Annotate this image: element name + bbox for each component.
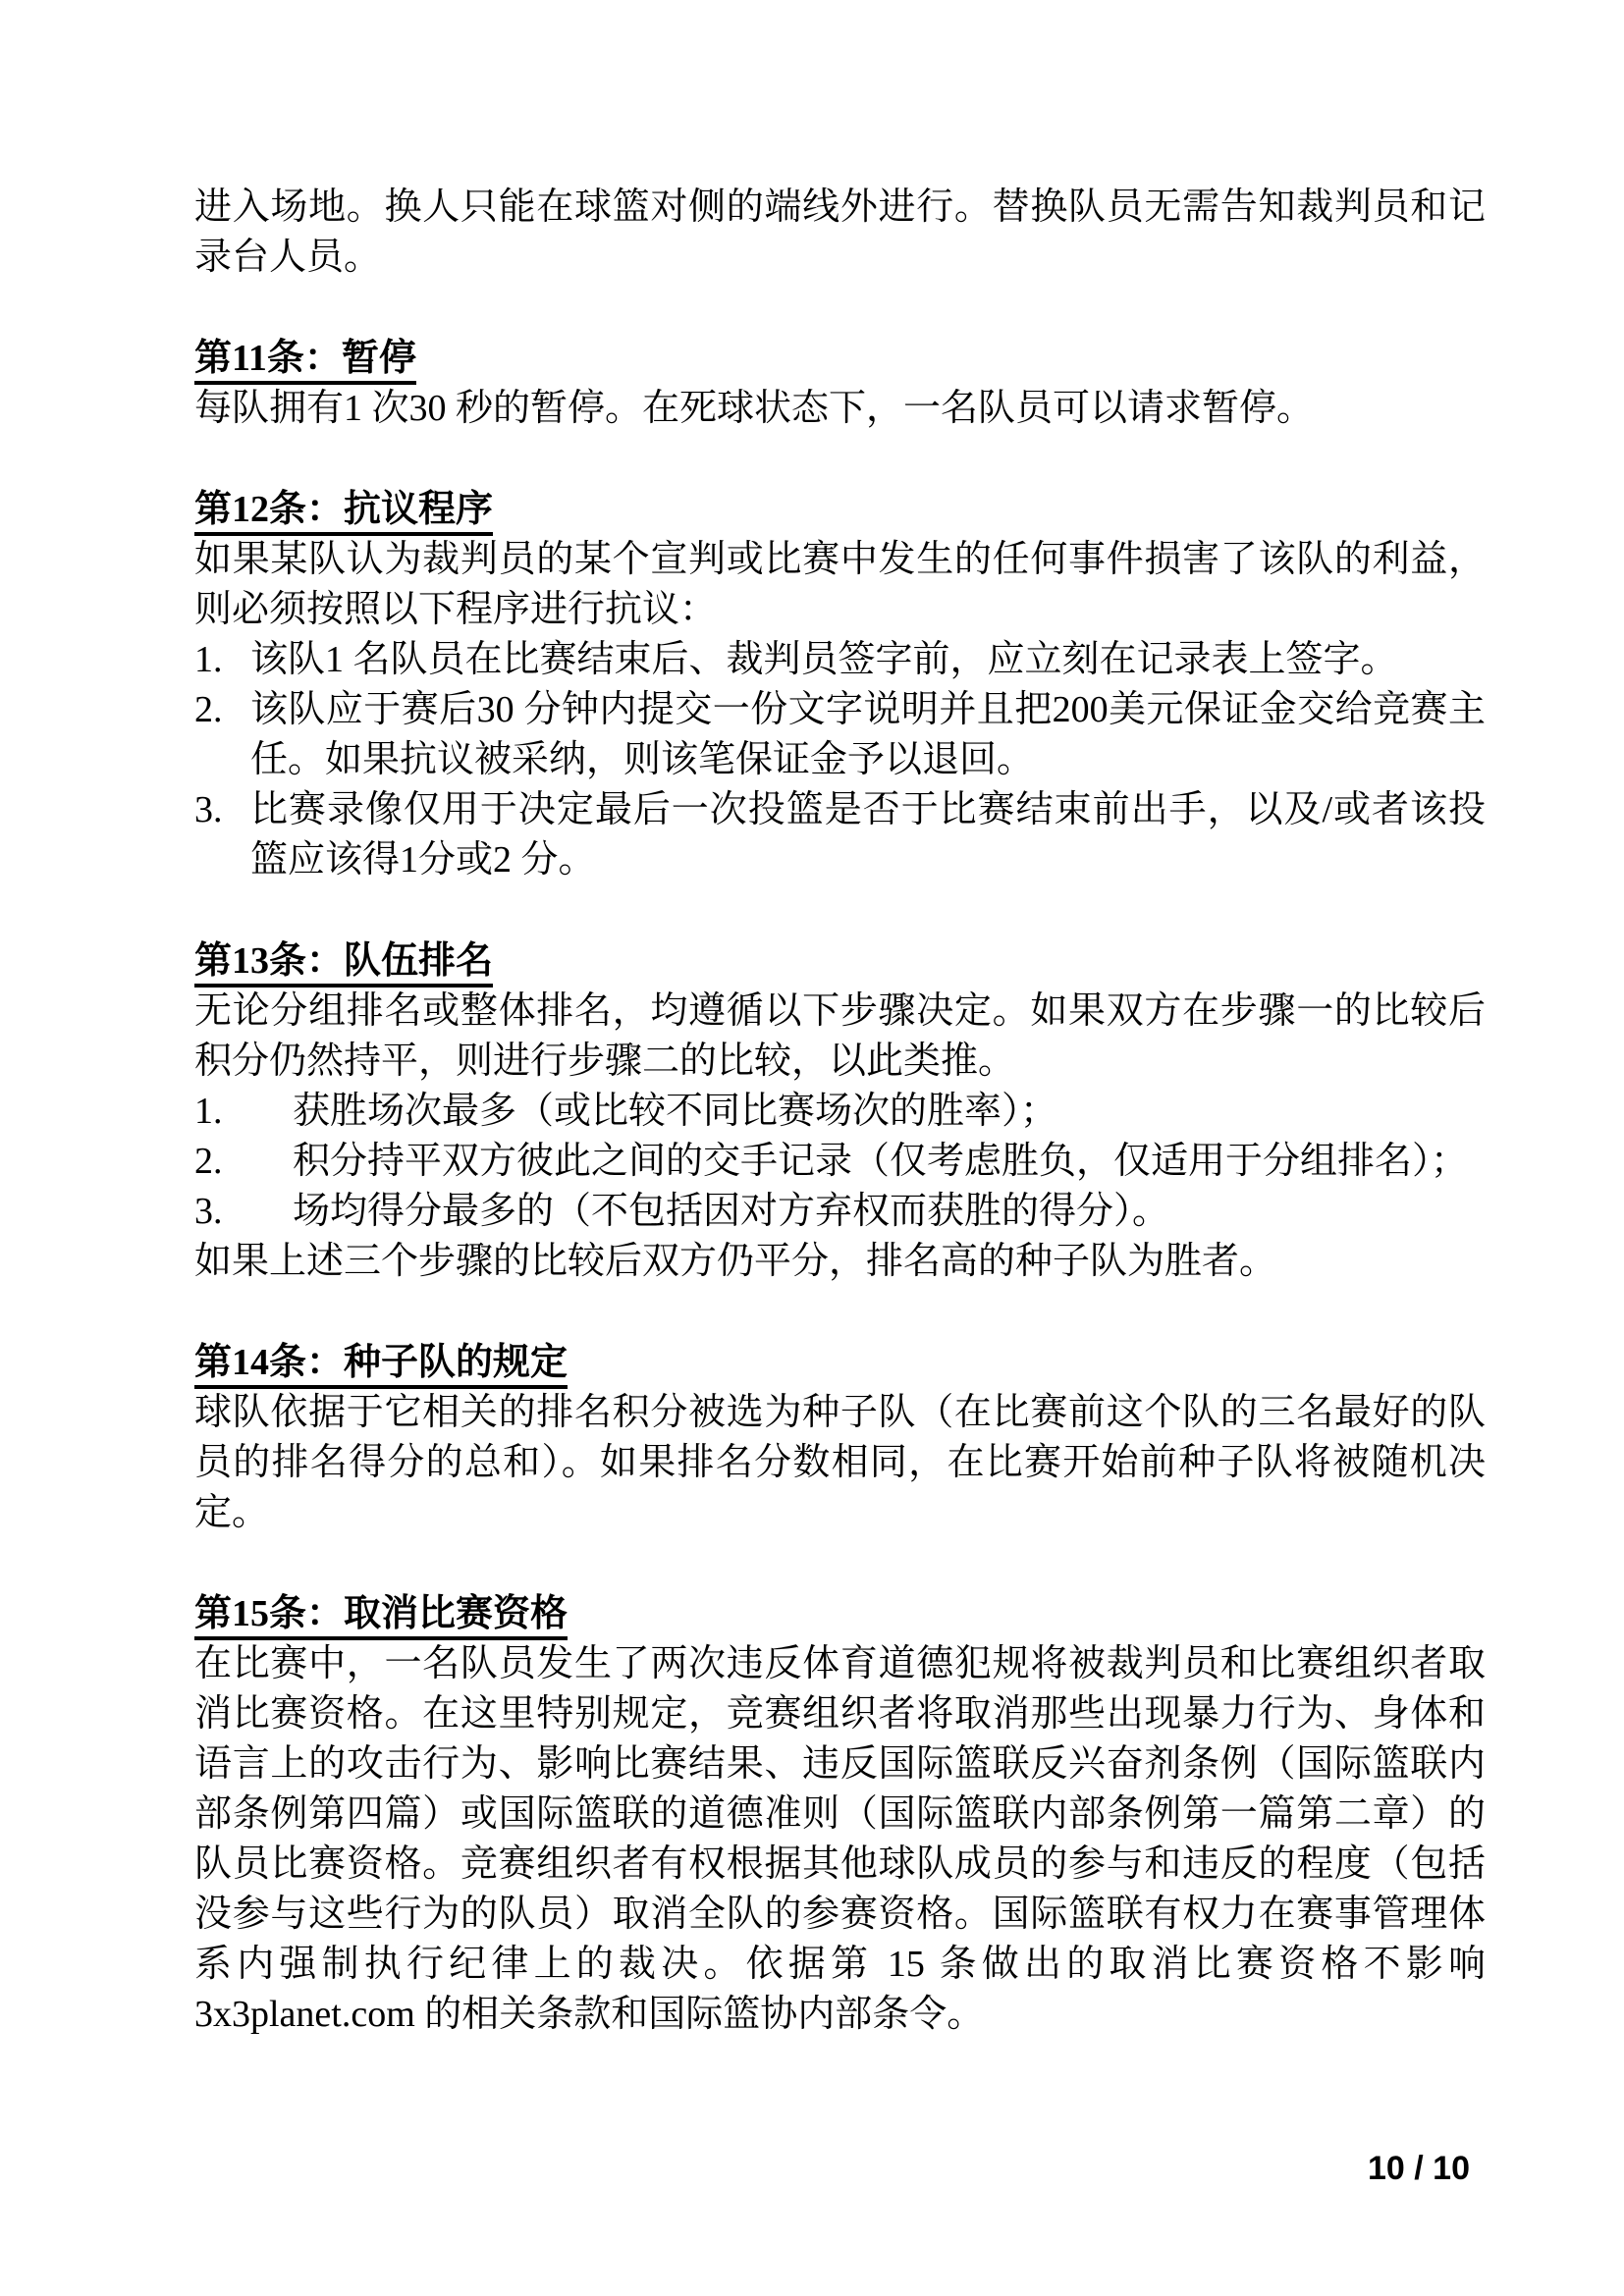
list-item: 1. 该队1 名队员在比赛结束后、裁判员签字前，应立刻在记录表上签字。 bbox=[194, 635, 1486, 685]
document-page: 进入场地。换人只能在球篮对侧的端线外进行。替换队员无需告知裁判员和记录台人员。 … bbox=[0, 0, 1624, 2296]
paragraph: 在比赛中，一名队员发生了两次违反体育道德犯规将被裁判员和比赛组织者取消比赛资格。… bbox=[194, 1639, 1486, 2040]
paragraph: 每队拥有1 次30 秒的暂停。在死球状态下，一名队员可以请求暂停。 bbox=[194, 384, 1486, 434]
section-heading: 第13条：队伍排名 bbox=[194, 936, 1486, 987]
list-item-text: 场均得分最多的（不包括因对方弃权而获胜的得分）。 bbox=[293, 1187, 1486, 1237]
section-heading-text: 第15条：取消比赛资格 bbox=[194, 1593, 568, 1640]
list-item-text: 该队应于赛后30 分钟内提交一份文字说明并且把200美元保证金交给竞赛主任。如果… bbox=[250, 685, 1486, 785]
section-article-14: 第14条：种子队的规定 球队依据于它相关的排名积分被选为种子队（在比赛前这个队的… bbox=[194, 1338, 1486, 1538]
section-heading-text: 第12条：抗议程序 bbox=[194, 489, 493, 536]
list-item: 1. 获胜场次最多（或比较不同比赛场次的胜率）； bbox=[194, 1087, 1486, 1137]
closing-paragraph: 如果上述三个步骤的比较后双方仍平分，排名高的种子队为胜者。 bbox=[194, 1237, 1486, 1287]
list-marker: 1. bbox=[194, 635, 250, 685]
section-heading: 第11条：暂停 bbox=[194, 334, 1486, 384]
list-item: 3. 比赛录像仅用于决定最后一次投篮是否于比赛结束前出手，以及/或者该投篮应该得… bbox=[194, 785, 1486, 885]
paragraph: 无论分组排名或整体排名，均遵循以下步骤决定。如果双方在步骤一的比较后积分仍然持平… bbox=[194, 987, 1486, 1087]
list-item: 2. 积分持平双方彼此之间的交手记录（仅考虑胜负，仅适用于分组排名）； bbox=[194, 1137, 1486, 1187]
section-heading: 第12条：抗议程序 bbox=[194, 485, 1486, 535]
list-item-text: 比赛录像仅用于决定最后一次投篮是否于比赛结束前出手，以及/或者该投篮应该得1分或… bbox=[250, 785, 1486, 885]
list-marker: 3. bbox=[194, 785, 250, 835]
list-item: 3. 场均得分最多的（不包括因对方弃权而获胜的得分）。 bbox=[194, 1187, 1486, 1237]
section-article-15: 第15条：取消比赛资格 在比赛中，一名队员发生了两次违反体育道德犯规将被裁判员和… bbox=[194, 1589, 1486, 2040]
ranking-steps-list: 1. 获胜场次最多（或比较不同比赛场次的胜率）； 2. 积分持平双方彼此之间的交… bbox=[194, 1087, 1486, 1237]
intro-paragraph: 进入场地。换人只能在球篮对侧的端线外进行。替换队员无需告知裁判员和记录台人员。 bbox=[194, 183, 1486, 283]
list-marker: 2. bbox=[194, 685, 250, 735]
protest-steps-list: 1. 该队1 名队员在比赛结束后、裁判员签字前，应立刻在记录表上签字。 2. 该… bbox=[194, 635, 1486, 885]
list-item-text: 获胜场次最多（或比较不同比赛场次的胜率）； bbox=[293, 1087, 1486, 1137]
page-content: 进入场地。换人只能在球篮对侧的端线外进行。替换队员无需告知裁判员和记录台人员。 … bbox=[194, 183, 1486, 2040]
section-heading-text: 第13条：队伍排名 bbox=[194, 940, 493, 988]
list-item-text: 积分持平双方彼此之间的交手记录（仅考虑胜负，仅适用于分组排名）； bbox=[293, 1137, 1486, 1187]
section-article-13: 第13条：队伍排名 无论分组排名或整体排名，均遵循以下步骤决定。如果双方在步骤一… bbox=[194, 936, 1486, 1287]
section-heading-text: 第11条：暂停 bbox=[194, 338, 416, 385]
list-marker: 1. bbox=[194, 1087, 293, 1137]
list-item: 2. 该队应于赛后30 分钟内提交一份文字说明并且把200美元保证金交给竞赛主任… bbox=[194, 685, 1486, 785]
paragraph: 球队依据于它相关的排名积分被选为种子队（在比赛前这个队的三名最好的队员的排名得分… bbox=[194, 1388, 1486, 1538]
list-marker: 2. bbox=[194, 1137, 293, 1187]
list-item-text: 该队1 名队员在比赛结束后、裁判员签字前，应立刻在记录表上签字。 bbox=[250, 635, 1486, 685]
page-number: 10 / 10 bbox=[1368, 2149, 1470, 2188]
section-heading-text: 第14条：种子队的规定 bbox=[194, 1342, 568, 1389]
section-article-12: 第12条：抗议程序 如果某队认为裁判员的某个宣判或比赛中发生的任何事件损害了该队… bbox=[194, 485, 1486, 885]
list-marker: 3. bbox=[194, 1187, 293, 1237]
section-article-11: 第11条：暂停 每队拥有1 次30 秒的暂停。在死球状态下，一名队员可以请求暂停… bbox=[194, 334, 1486, 434]
section-heading: 第15条：取消比赛资格 bbox=[194, 1589, 1486, 1639]
section-heading: 第14条：种子队的规定 bbox=[194, 1338, 1486, 1388]
paragraph: 如果某队认为裁判员的某个宣判或比赛中发生的任何事件损害了该队的利益，则必须按照以… bbox=[194, 535, 1486, 635]
